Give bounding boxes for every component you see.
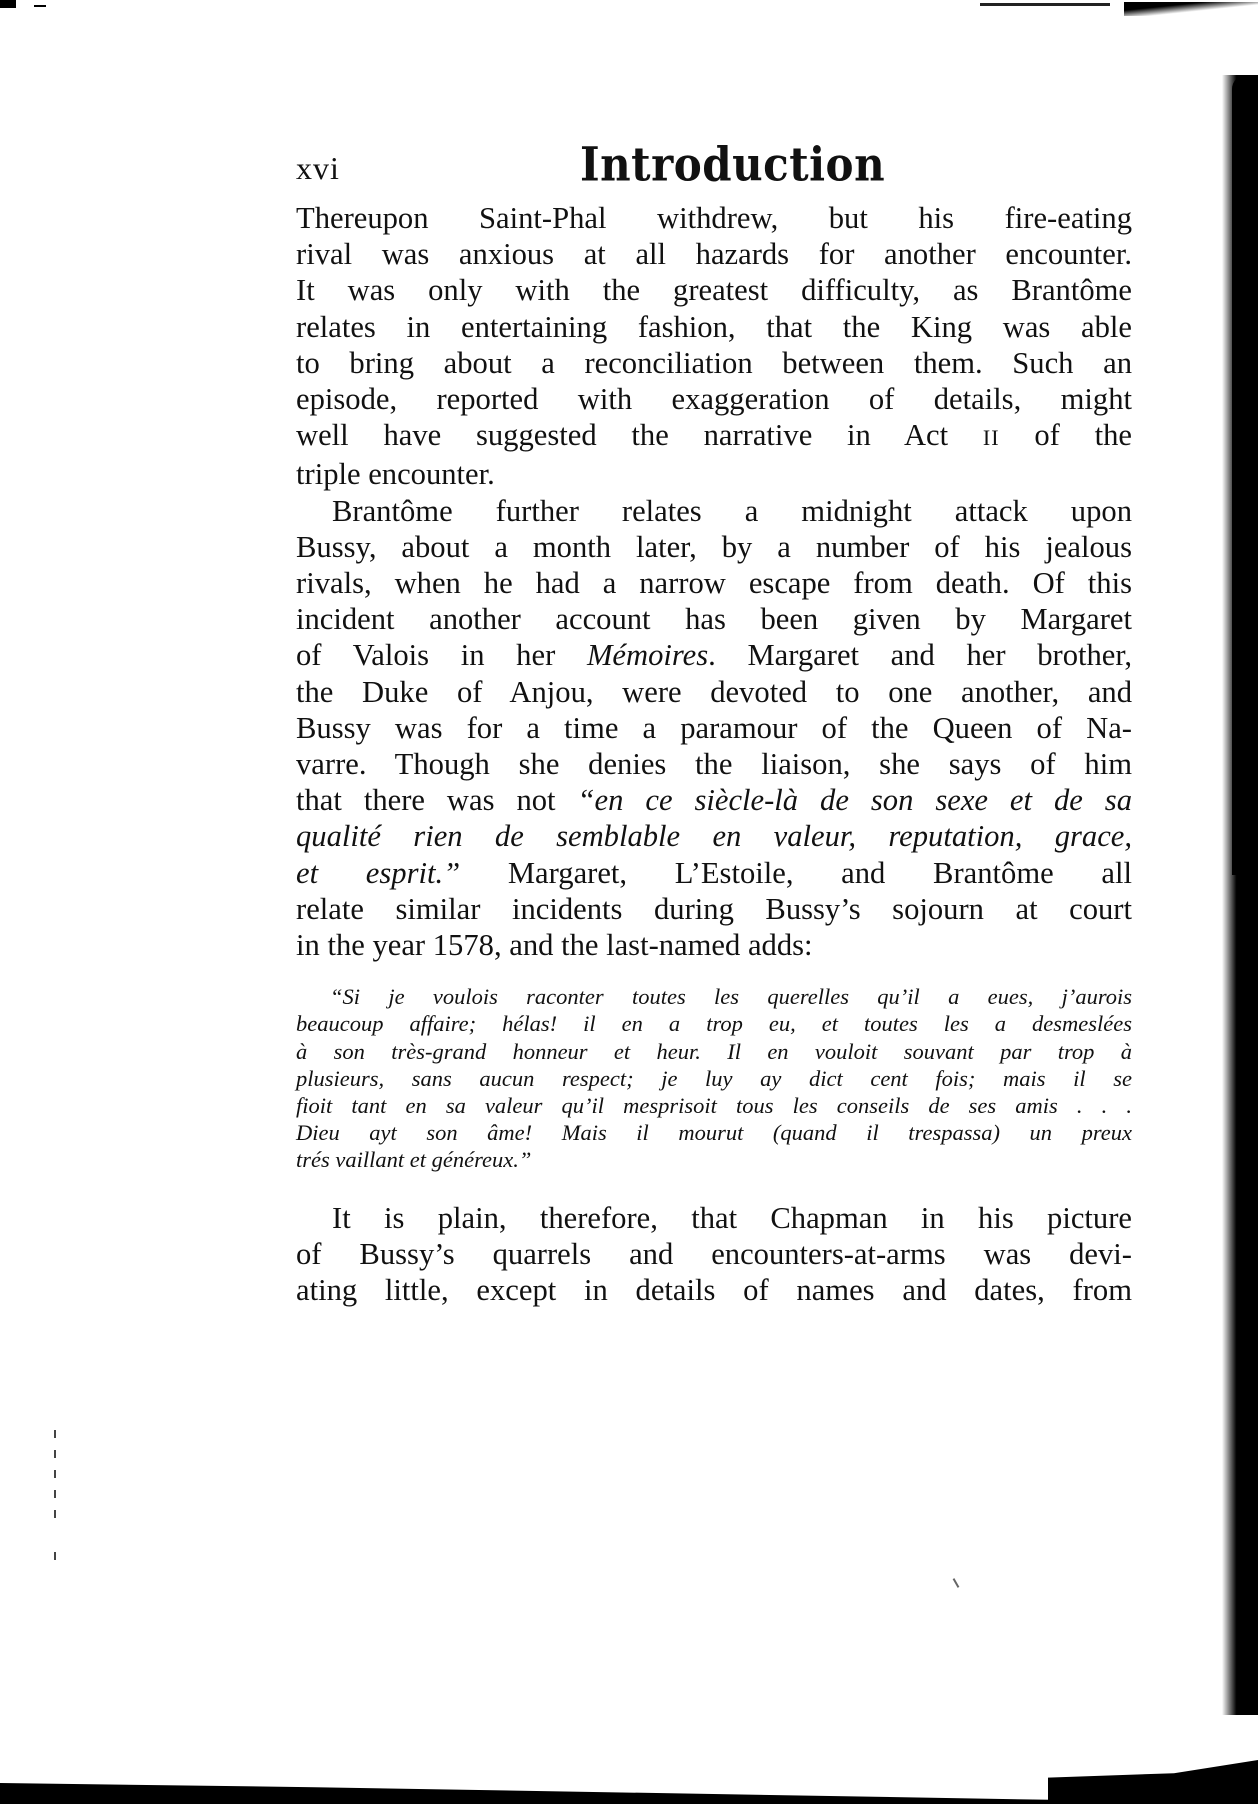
paragraph-3: It is plain, therefore, that Chapman in … bbox=[296, 1200, 1132, 1309]
running-title: Introduction bbox=[580, 137, 885, 192]
text-line: Brantôme further relates a midnight atta… bbox=[296, 493, 1132, 529]
scan-artifact bbox=[54, 1430, 56, 1520]
text-line: varre. Though she denies the liaison, sh… bbox=[296, 746, 1132, 782]
text-line: rivals, when he had a narrow escape from… bbox=[296, 565, 1132, 601]
book-page: xvi Introduction Thereupon Saint-Phal wi… bbox=[296, 130, 1132, 1308]
scan-artifact bbox=[980, 3, 1110, 6]
text-line: It was only with the greatest difficulty… bbox=[296, 272, 1132, 308]
scan-artifact bbox=[1124, 2, 1258, 16]
page-bottom-shadow bbox=[0, 1783, 1050, 1804]
quote-line: plusieurs, sans aucun respect; je luy ay… bbox=[296, 1065, 1132, 1092]
text-line: incident another account has been given … bbox=[296, 601, 1132, 637]
running-head: xvi Introduction bbox=[296, 130, 1132, 200]
text-line: of Valois in her Mémoires. Margaret and … bbox=[296, 637, 1132, 673]
text-line: ating little, except in details of names… bbox=[296, 1272, 1132, 1308]
text-line: triple encounter. bbox=[296, 456, 1132, 492]
page-edge-shadow bbox=[1232, 75, 1258, 875]
page-number: xvi bbox=[296, 150, 340, 187]
quote-line: à son très-grand honneur et heur. Il en … bbox=[296, 1038, 1132, 1065]
quote-line: “Si je voulois raconter toutes les quere… bbox=[296, 983, 1132, 1010]
text-line: Bussy, about a month later, by a number … bbox=[296, 529, 1132, 565]
text-line: to bring about a reconciliation between … bbox=[296, 345, 1132, 381]
text-line: in the year 1578, and the last-named add… bbox=[296, 927, 1132, 963]
scan-artifact bbox=[953, 1578, 960, 1588]
act-numeral: II bbox=[983, 425, 1000, 450]
text-line: rival was anxious at all hazards for ano… bbox=[296, 236, 1132, 272]
quote-line: beaucoup affaire; hélas! il en a trop eu… bbox=[296, 1010, 1132, 1037]
text-line: qualité rien de semblable en valeur, rep… bbox=[296, 818, 1132, 854]
scan-artifact bbox=[0, 0, 16, 8]
text-line: It is plain, therefore, that Chapman in … bbox=[296, 1200, 1132, 1236]
block-quote: “Si je voulois raconter toutes les quere… bbox=[296, 983, 1132, 1173]
scan-artifact bbox=[34, 5, 46, 7]
page-bottom-shadow bbox=[1048, 1760, 1258, 1804]
text-line: episode, reported with exaggeration of d… bbox=[296, 381, 1132, 417]
text-line: Thereupon Saint-Phal withdrew, but his f… bbox=[296, 200, 1132, 236]
text-line: of Bussy’s quarrels and encounters-at-ar… bbox=[296, 1236, 1132, 1272]
quote-line: Dieu ayt son âme! Mais il mourut (quand … bbox=[296, 1119, 1132, 1146]
text-line: Bussy was for a time a paramour of the Q… bbox=[296, 710, 1132, 746]
paragraph-2: Brantôme further relates a midnight atta… bbox=[296, 493, 1132, 964]
quote-line: trés vaillant et généreux.” bbox=[296, 1146, 1132, 1173]
text-line: relates in entertaining fashion, that th… bbox=[296, 309, 1132, 345]
text-line: that there was not “en ce siècle-là de s… bbox=[296, 782, 1132, 818]
text-line: relate similar incidents during Bussy’s … bbox=[296, 891, 1132, 927]
paragraph-1: Thereupon Saint-Phal withdrew, but his f… bbox=[296, 200, 1132, 493]
text-line: et esprit.” Margaret, L’Estoile, and Bra… bbox=[296, 855, 1132, 891]
text-line: well have suggested the narrative in Act… bbox=[296, 417, 1132, 456]
scan-artifact bbox=[54, 1552, 56, 1560]
quote-line: fioit tant en sa valeur qu’il mesprisoit… bbox=[296, 1092, 1132, 1119]
book-title-memoires: Mémoires bbox=[587, 638, 708, 672]
text-line: the Duke of Anjou, were devoted to one a… bbox=[296, 674, 1132, 710]
